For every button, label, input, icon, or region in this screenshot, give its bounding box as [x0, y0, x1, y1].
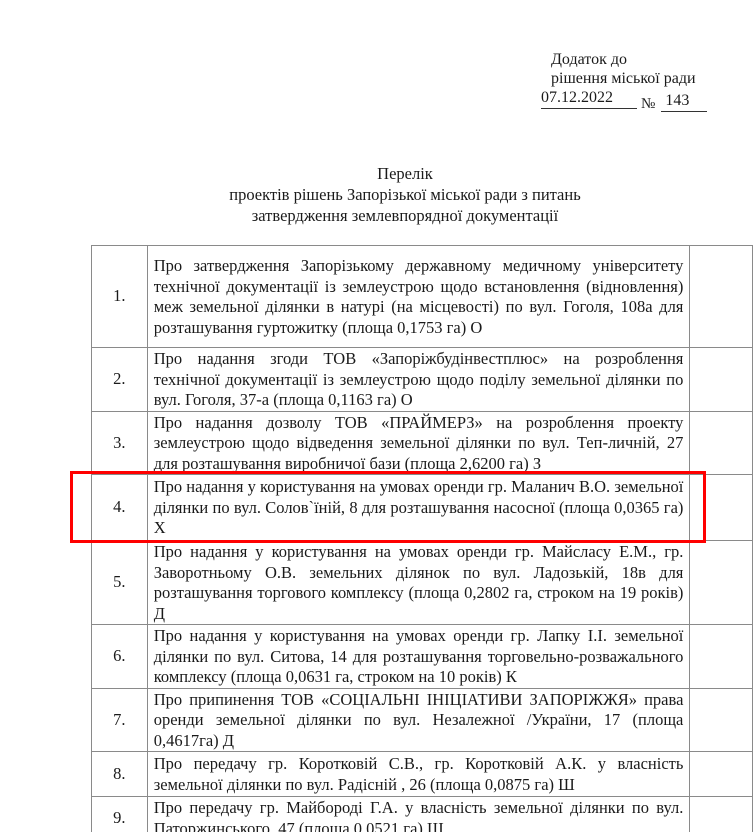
row-text: Про надання у користування на умовах оре… — [147, 625, 690, 689]
row-number: 5. — [92, 541, 148, 625]
row-blank-cell — [690, 411, 753, 475]
table-row: 3.Про надання дозволу ТОВ «ПРАЙМЕРЗ» на … — [92, 411, 753, 475]
appendix-line-1: Додаток до — [551, 50, 696, 69]
table-row: 2.Про надання згоди ТОВ «Запоріжбудінвес… — [92, 348, 753, 412]
row-number: 8. — [92, 752, 148, 797]
row-blank-cell — [690, 541, 753, 625]
title-line-2: проектів рішень Запорізької міської ради… — [170, 184, 640, 205]
row-blank-cell — [690, 688, 753, 752]
document-title: Перелік проектів рішень Запорізької місь… — [170, 163, 640, 226]
row-blank-cell — [690, 348, 753, 412]
table-row: 9.Про передачу гр. Майбороді Г.А. у влас… — [92, 797, 753, 832]
highlight-box-row-4 — [70, 471, 706, 543]
table-row: 6.Про надання у користування на умовах о… — [92, 625, 753, 689]
row-number: 2. — [92, 348, 148, 412]
table-row: 8.Про передачу гр. Коротковій С.В., гр. … — [92, 752, 753, 797]
row-blank-cell — [690, 625, 753, 689]
row-blank-cell — [690, 246, 753, 348]
row-text: Про надання згоди ТОВ «Запоріжбудінвестп… — [147, 348, 690, 412]
row-number: 3. — [92, 411, 148, 475]
decision-date-number: 07.12.2022№143 — [541, 88, 707, 114]
row-text: Про надання дозволу ТОВ «ПРАЙМЕРЗ» на ро… — [147, 411, 690, 475]
table-row: 7.Про припинення ТОВ «СОЦІАЛЬНІ ІНІЦІАТИ… — [92, 688, 753, 752]
row-text: Про передачу гр. Коротковій С.В., гр. Ко… — [147, 752, 690, 797]
appendix-line-2: рішення міської ради — [551, 69, 696, 88]
table-row: 1.Про затвердження Запорізькому державно… — [92, 246, 753, 348]
number-sign: № — [641, 95, 655, 114]
row-blank-cell — [690, 797, 753, 832]
row-text: Про затвердження Запорізькому державному… — [147, 246, 690, 348]
row-number: 1. — [92, 246, 148, 348]
decision-number: 143 — [661, 91, 707, 112]
table-row: 5.Про надання у користування на умовах о… — [92, 541, 753, 625]
title-line-3: затвердження землевпорядної документації — [170, 205, 640, 226]
row-number: 9. — [92, 797, 148, 832]
row-number: 7. — [92, 688, 148, 752]
appendix-header: Додаток до рішення міської ради 07.12.20… — [551, 50, 696, 88]
row-number: 6. — [92, 625, 148, 689]
title-line-1: Перелік — [170, 163, 640, 184]
row-blank-cell — [690, 752, 753, 797]
row-text: Про передачу гр. Майбороді Г.А. у власні… — [147, 797, 690, 832]
decision-date: 07.12.2022 — [541, 88, 637, 109]
row-text: Про припинення ТОВ «СОЦІАЛЬНІ ІНІЦІАТИВИ… — [147, 688, 690, 752]
row-text: Про надання у користування на умовах оре… — [147, 541, 690, 625]
